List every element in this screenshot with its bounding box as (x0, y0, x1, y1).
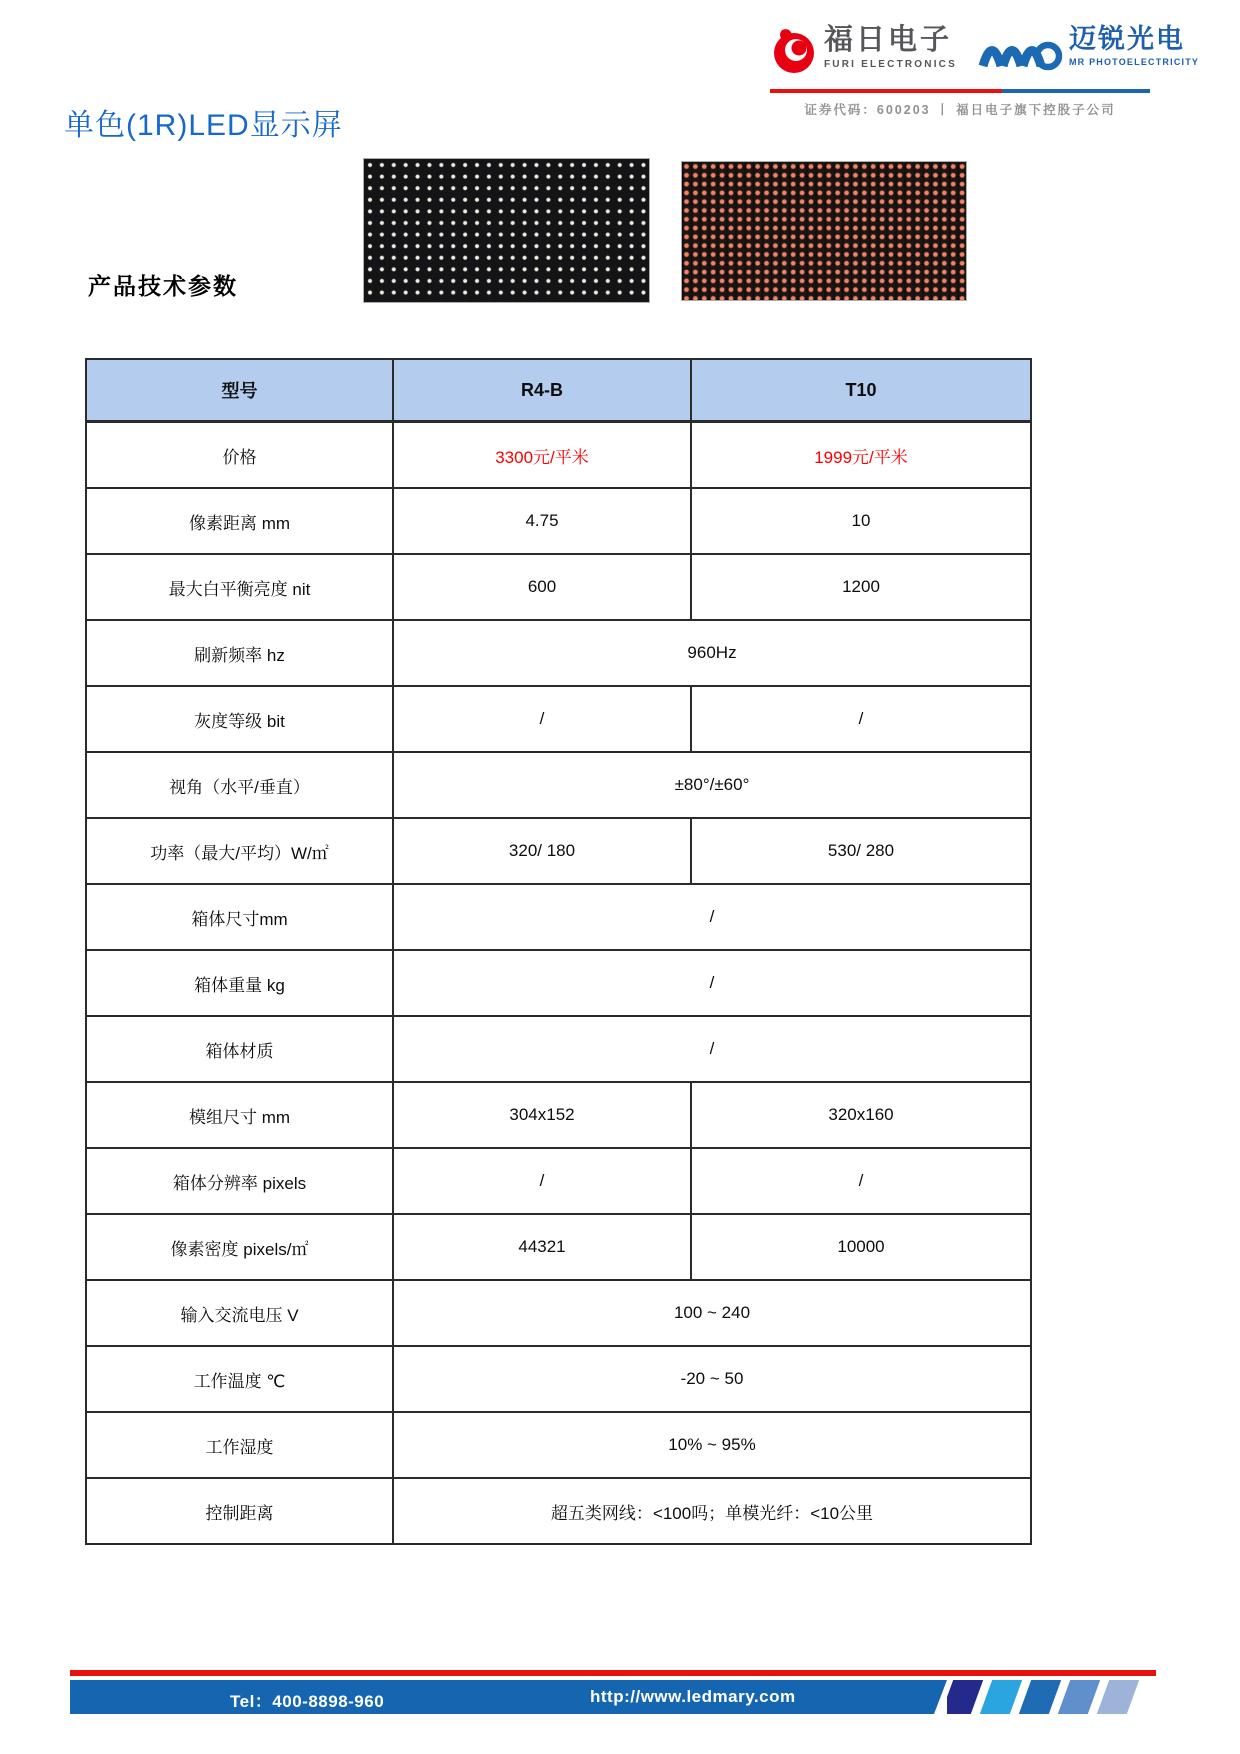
accent-line-red (770, 89, 1002, 93)
furi-logo-icon (770, 28, 816, 79)
spec-table: 型号 R4-B T10 价格3300元/平米1999元/平米像素距离 mm4.7… (85, 358, 1032, 1545)
footer-bar: Tel：400-8898-960 http://www.ledmary.com (70, 1680, 947, 1714)
row-label: 箱体材质 (86, 1016, 393, 1082)
footer-stripe (1058, 1680, 1100, 1714)
stock-code-tagline: 证券代码：600203 丨 福日电子旗下控股子公司 (770, 100, 1150, 118)
brand-header: 福日电子 FURI ELECTRONICS 迈锐光电 MR PHOTOELECT… (770, 26, 1160, 118)
footer-stripe (1019, 1680, 1061, 1714)
row-label: 刷新频率 hz (86, 620, 393, 686)
row-label: 工作湿度 (86, 1412, 393, 1478)
row-value-merged: / (393, 950, 1031, 1016)
row-value-merged: 超五类网线：<100吗；单模光纤：<10公里 (393, 1478, 1031, 1544)
mr-logo-icon (977, 30, 1065, 77)
dip-red-led-module-photo (681, 161, 967, 301)
row-value: 1999元/平米 (691, 422, 1031, 489)
footer-red-line (70, 1670, 1156, 1676)
footer-stripe (1097, 1680, 1139, 1714)
table-header-row: 型号 R4-B T10 (86, 359, 1031, 422)
row-value: 3300元/平米 (393, 422, 691, 489)
column-header-t10: T10 (691, 359, 1031, 422)
table-row: 最大白平衡亮度 nit6001200 (86, 554, 1031, 620)
table-row: 工作湿度10% ~ 95% (86, 1412, 1031, 1478)
page-title: 单色(1R)LED显示屏 (64, 100, 343, 144)
table-row: 箱体材质/ (86, 1016, 1031, 1082)
row-value-merged: ±80°/±60° (393, 752, 1031, 818)
row-value: / (393, 686, 691, 752)
row-value: 44321 (393, 1214, 691, 1280)
mr-brand-text: 迈锐光电 MR PHOTOELECTRICITY (1069, 26, 1199, 67)
table-row: 箱体尺寸mm/ (86, 884, 1031, 950)
footer-telephone: Tel：400-8898-960 (230, 1687, 384, 1712)
row-value-merged: -20 ~ 50 (393, 1346, 1031, 1412)
row-value: / (691, 686, 1031, 752)
table-row: 箱体重量 kg/ (86, 950, 1031, 1016)
row-label: 工作温度 ℃ (86, 1346, 393, 1412)
row-value: 4.75 (393, 488, 691, 554)
column-header-r4b: R4-B (393, 359, 691, 422)
table-row: 模组尺寸 mm304x152320x160 (86, 1082, 1031, 1148)
row-value-merged: / (393, 884, 1031, 950)
row-value: 1200 (691, 554, 1031, 620)
row-label: 视角（水平/垂直） (86, 752, 393, 818)
table-row: 价格3300元/平米1999元/平米 (86, 422, 1031, 489)
table-row: 工作温度 ℃-20 ~ 50 (86, 1346, 1031, 1412)
mr-brand-name-en: MR PHOTOELECTRICITY (1069, 57, 1199, 67)
row-value: 530/ 280 (691, 818, 1031, 884)
row-value-merged: 100 ~ 240 (393, 1280, 1031, 1346)
row-label: 最大白平衡亮度 nit (86, 554, 393, 620)
mr-brand-name: 迈锐光电 (1069, 26, 1199, 53)
table-row: 刷新频率 hz960Hz (86, 620, 1031, 686)
table-row: 功率（最大/平均）W/㎡320/ 180530/ 280 (86, 818, 1031, 884)
table-row: 灰度等级 bit// (86, 686, 1031, 752)
furi-brand-name-en: FURI ELECTRONICS (824, 59, 957, 70)
footer-stripe (947, 1680, 983, 1714)
section-heading: 产品技术参数 (88, 268, 238, 301)
table-row: 像素距离 mm4.7510 (86, 488, 1031, 554)
accent-line-blue (1002, 89, 1150, 93)
brand-row: 福日电子 FURI ELECTRONICS 迈锐光电 MR PHOTOELECT… (770, 26, 1160, 79)
row-label: 箱体重量 kg (86, 950, 393, 1016)
row-value: 10 (691, 488, 1031, 554)
row-label: 模组尺寸 mm (86, 1082, 393, 1148)
table-row: 箱体分辨率 pixels// (86, 1148, 1031, 1214)
row-value: 600 (393, 554, 691, 620)
brand-accent-line (770, 89, 1150, 93)
footer-website-url: http://www.ledmary.com (590, 1687, 796, 1707)
footer-stripe (980, 1680, 1022, 1714)
table-row: 像素密度 pixels/㎡4432110000 (86, 1214, 1031, 1280)
row-value-merged: 960Hz (393, 620, 1031, 686)
furi-brand-name: 福日电子 (824, 26, 957, 55)
smd-led-module-photo (363, 158, 650, 303)
row-value: 320/ 180 (393, 818, 691, 884)
row-label: 箱体分辨率 pixels (86, 1148, 393, 1214)
row-label: 输入交流电压 V (86, 1280, 393, 1346)
row-value-merged: / (393, 1016, 1031, 1082)
row-label: 功率（最大/平均）W/㎡ (86, 818, 393, 884)
footer-stripe-decoration (947, 1680, 1152, 1714)
furi-brand-text: 福日电子 FURI ELECTRONICS (824, 26, 957, 70)
row-label: 灰度等级 bit (86, 686, 393, 752)
row-label: 像素密度 pixels/㎡ (86, 1214, 393, 1280)
row-label: 控制距离 (86, 1478, 393, 1544)
row-value-merged: 10% ~ 95% (393, 1412, 1031, 1478)
table-row: 视角（水平/垂直）±80°/±60° (86, 752, 1031, 818)
row-label: 箱体尺寸mm (86, 884, 393, 950)
row-label: 价格 (86, 422, 393, 489)
table-row: 输入交流电压 V100 ~ 240 (86, 1280, 1031, 1346)
row-value: 10000 (691, 1214, 1031, 1280)
row-label: 像素距离 mm (86, 488, 393, 554)
row-value: 304x152 (393, 1082, 691, 1148)
row-value: 320x160 (691, 1082, 1031, 1148)
row-value: / (691, 1148, 1031, 1214)
document-page: 福日电子 FURI ELECTRONICS 迈锐光电 MR PHOTOELECT… (0, 0, 1240, 1754)
row-value: / (393, 1148, 691, 1214)
table-row: 控制距离超五类网线：<100吗；单模光纤：<10公里 (86, 1478, 1031, 1544)
column-header-model: 型号 (86, 359, 393, 422)
